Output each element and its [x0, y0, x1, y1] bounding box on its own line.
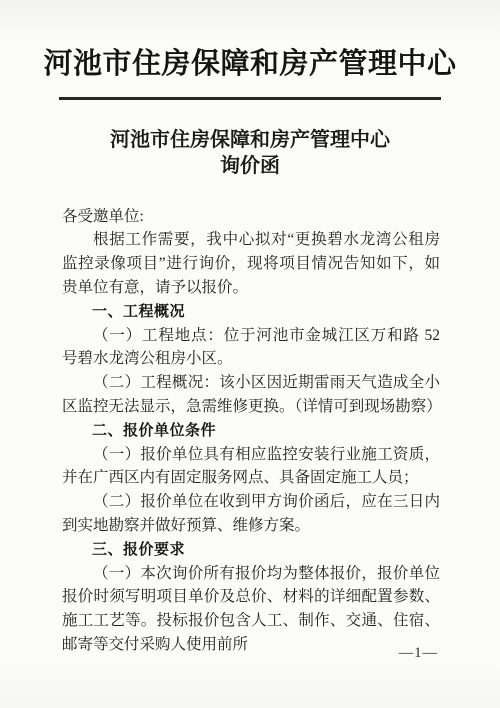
section-2-item-1: （一）报价单位具有相应监控安装行业施工资质，并在广西区内有固定服务网点、具备固定…	[62, 443, 440, 491]
document-body: 各受邀单位: 根据工作需要，我中心拟对“更换碧水龙湾公租房监控录像项目”进行询价…	[62, 205, 440, 657]
section-1-item-1: （一）工程地点：位于河池市金城江区万和路 52 号碧水龙湾公租房小区。	[62, 324, 440, 372]
document-title: 河池市住房保障和房产管理中心 询价函	[0, 127, 500, 179]
letterhead-title: 河池市住房保障和房产管理中心	[0, 0, 500, 84]
document-title-line1: 河池市住房保障和房产管理中心	[0, 127, 500, 153]
section-1-item-2: （二）工程概况：该小区因近期雷雨天气造成全小区监控无法显示，急需维修更换。（详情…	[62, 371, 440, 419]
letterhead-divider	[59, 97, 441, 100]
section-2-item-2: （二）报价单位在收到甲方询价函后，应在三日内到实地勘察并做好预算、维修方案。	[62, 490, 440, 538]
section-3-heading: 三、报价要求	[62, 538, 440, 562]
intro-paragraph: 根据工作需要，我中心拟对“更换碧水龙湾公租房监控录像项目”进行询价，现将项目情况…	[62, 228, 440, 299]
section-2-heading: 二、报价单位条件	[62, 419, 440, 443]
document-title-line2: 询价函	[0, 153, 500, 179]
page-number: —1—	[399, 645, 438, 662]
document-page: 河池市住房保障和房产管理中心 河池市住房保障和房产管理中心 询价函 各受邀单位:…	[0, 0, 500, 708]
salutation: 各受邀单位:	[62, 205, 440, 229]
section-3-item-1: （一）本次询价所有报价均为整体报价，报价单位报价时须写明项目单价及总价、材料的详…	[62, 562, 440, 657]
section-1-heading: 一、工程概况	[62, 300, 440, 324]
